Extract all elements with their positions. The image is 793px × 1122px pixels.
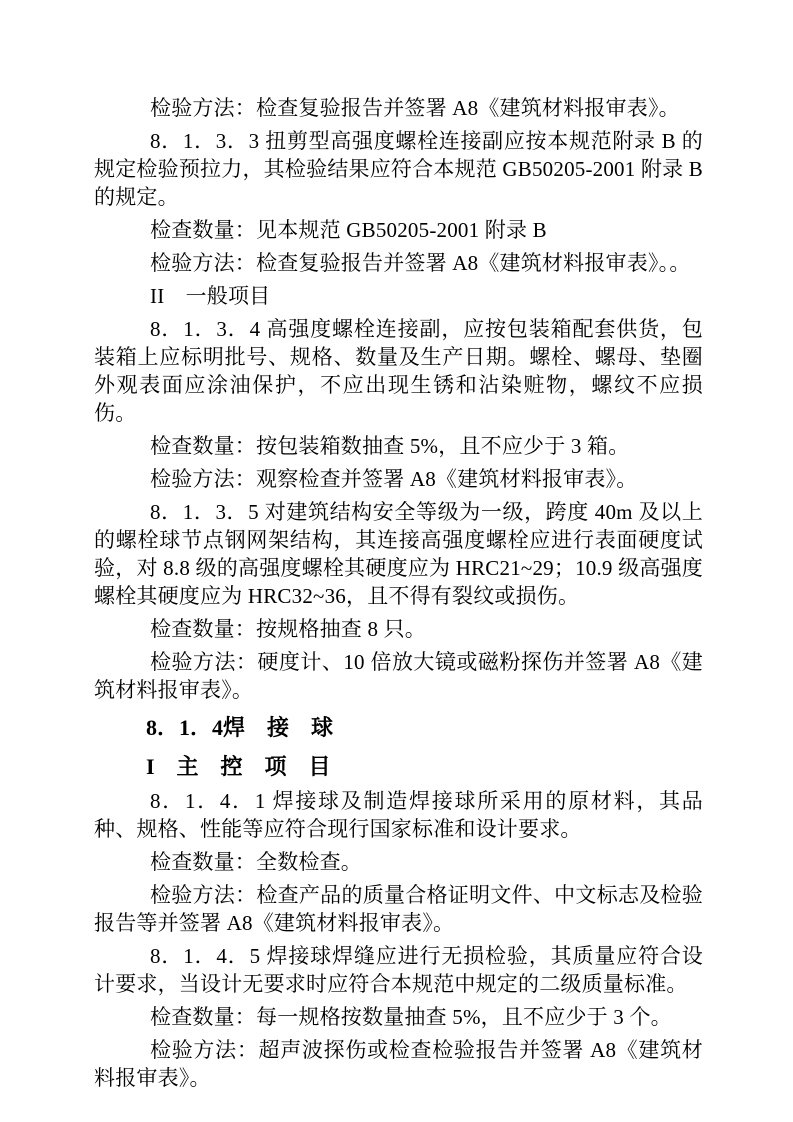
- clause-8-1-4-1: 8．1．4．1 焊接球及制造焊接球所采用的原材料，其品种、规格、性能等应符合现行…: [94, 787, 703, 843]
- para-inspection-quantity-3: 检查数量：按规格抽查 8 只。: [94, 615, 703, 643]
- para-inspection-method-2: 检验方法：检查复验报告并签署 A8《建筑材料报审表》。。: [94, 249, 703, 277]
- clause-8-1-3-3: 8．1．3．3 扭剪型高强度螺栓连接副应按本规范附录 B 的规定检验预拉力，其检…: [94, 127, 703, 211]
- clause-8-1-4-5: 8．1．4．5 焊接球焊缝应进行无损检验，其质量应符合设计要求，当设计无要求时应…: [94, 942, 703, 998]
- para-inspection-method-3: 检验方法：观察检查并签署 A8《建筑材料报审表》。: [94, 465, 703, 493]
- para-inspection-method-5: 检验方法：检查产品的质量合格证明文件、中文标志及检验报告等并签署 A8《建筑材料…: [94, 881, 703, 937]
- section-heading-dominant-items: I 主 控 项 目: [94, 752, 703, 782]
- para-inspection-method-1: 检验方法：检查复验报告并签署 A8《建筑材料报审表》。: [94, 94, 703, 122]
- section-heading-welded-ball: 8．1．4焊 接 球: [94, 713, 703, 743]
- para-inspection-method-6: 检验方法：超声波探伤或检查检验报告并签署 A8《建筑材料报审表》。: [94, 1036, 703, 1092]
- document-page: 检验方法：检查复验报告并签署 A8《建筑材料报审表》。 8．1．3．3 扭剪型高…: [0, 0, 793, 1122]
- clause-8-1-3-5: 8．1．3．5 对建筑结构安全等级为一级，跨度 40m 及以上的螺栓球节点钢网架…: [94, 498, 703, 610]
- para-general-items-label: II 一般项目: [94, 282, 703, 310]
- para-inspection-quantity-1: 检查数量：见本规范 GB50205-2001 附录 B: [94, 216, 703, 244]
- para-inspection-quantity-5: 检查数量：每一规格按数量抽查 5%，且不应少于 3 个。: [94, 1003, 703, 1031]
- para-inspection-quantity-4: 检查数量：全数检查。: [94, 848, 703, 876]
- para-inspection-method-4: 检验方法：硬度计、10 倍放大镜或磁粉探伤并签署 A8《建筑材料报审表》。: [94, 648, 703, 704]
- para-inspection-quantity-2: 检查数量：按包装箱数抽查 5%，且不应少于 3 箱。: [94, 432, 703, 460]
- clause-8-1-3-4: 8．1．3．4 高强度螺栓连接副，应按包装箱配套供货，包装箱上应标明批号、规格、…: [94, 315, 703, 427]
